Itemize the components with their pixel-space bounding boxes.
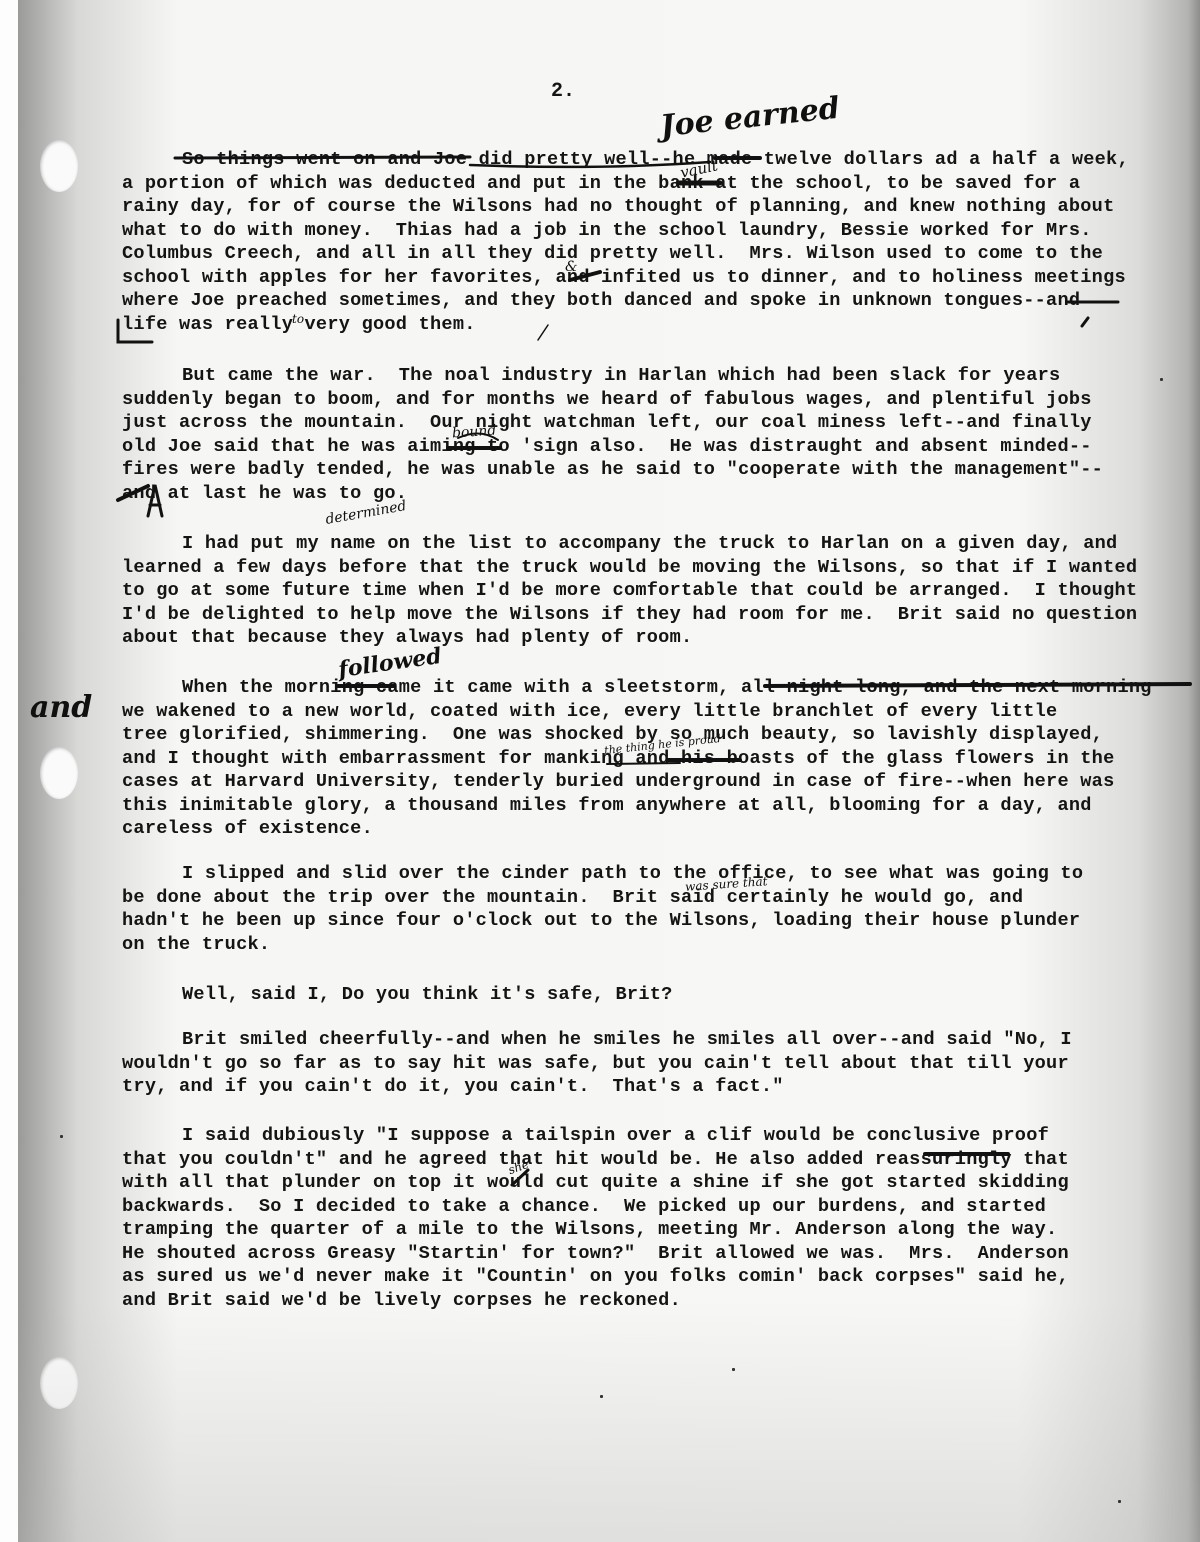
text-line: try, and if you cain't do it, you cain't… [122, 1075, 1192, 1099]
text-line: just across the mountain. Our night watc… [122, 411, 1192, 435]
paragraph-3: I had put my name on the list to accompa… [122, 532, 1192, 650]
text-line: I'd be delighted to help move the Wilson… [122, 603, 1192, 627]
handwritten-bound: bound [451, 422, 496, 441]
paragraph-5: I slipped and slid over the cinder path … [122, 862, 1192, 956]
text-line: a portion of which was deducted and put … [122, 172, 1192, 196]
text-line: Well, said I, Do you think it's safe, Br… [122, 983, 1192, 1007]
text-line: Columbus Creech, and all in all they did… [122, 242, 1192, 266]
paragraph-8: I said dubiously "I suppose a tailspin o… [122, 1124, 1192, 1312]
text-line: life was really very good them. [122, 313, 1192, 337]
text-line: school with apples for her favorites, an… [122, 266, 1192, 290]
text-line: So things went on and Joe did pretty wel… [122, 148, 1192, 172]
text-line: and Brit said we'd be lively corpses he … [122, 1289, 1192, 1313]
text-line: backwards. So I decided to take a chance… [122, 1195, 1192, 1219]
scan-speck [600, 1395, 603, 1398]
text-line: what to do with money. Thias had a job i… [122, 219, 1192, 243]
text-line: we wakened to a new world, coated with i… [122, 700, 1192, 724]
text-line: I had put my name on the list to accompa… [122, 532, 1192, 556]
text-line: hadn't he been up since four o'clock out… [122, 909, 1192, 933]
text-line: rainy day, for of course the Wilsons had… [122, 195, 1192, 219]
handwritten-ampersand: & [565, 259, 577, 275]
paragraph-2: But came the war. The noal industry in H… [122, 364, 1192, 505]
text-line: But came the war. The noal industry in H… [122, 364, 1192, 388]
text-line: tramping the quarter of a mile to the Wi… [122, 1218, 1192, 1242]
text-line: fires were badly tended, he was unable a… [122, 458, 1192, 482]
text-line: I slipped and slid over the cinder path … [122, 862, 1192, 886]
text-line: He shouted across Greasy "Startin' for t… [122, 1242, 1192, 1266]
text-line: learned a few days before that the truck… [122, 556, 1192, 580]
text-line: old Joe said that he was aiming to 'sign… [122, 435, 1192, 459]
scan-speck [1118, 1500, 1121, 1503]
text-line: where Joe preached sometimes, and they b… [122, 289, 1192, 313]
text-line: about that because they always had plent… [122, 626, 1192, 650]
punch-hole-middle [40, 747, 78, 799]
handwritten-and-margin: and [30, 690, 92, 725]
text-line: that you couldn't" and he agreed that hi… [122, 1148, 1192, 1172]
text-line: suddenly began to boom, and for months w… [122, 388, 1192, 412]
scan-speck [60, 1135, 63, 1138]
scan-edge [0, 0, 18, 1542]
text-line: be done about the trip over the mountain… [122, 886, 1192, 910]
text-line: I said dubiously "I suppose a tailspin o… [122, 1124, 1192, 1148]
text-line: this inimitable glory, a thousand miles … [122, 794, 1192, 818]
punch-hole-top [40, 140, 78, 192]
paragraph-6: Well, said I, Do you think it's safe, Br… [122, 983, 1192, 1007]
scan-speck [1160, 378, 1163, 381]
text-line: Brit smiled cheerfully--and when he smil… [122, 1028, 1192, 1052]
page-number: 2. [551, 80, 575, 103]
punch-hole-bottom [40, 1357, 78, 1409]
scan-speck [732, 1368, 735, 1371]
paragraph-7: Brit smiled cheerfully--and when he smil… [122, 1028, 1192, 1099]
text-line: When the morning came it came with a sle… [122, 676, 1192, 700]
text-line: with all that plunder on top it would cu… [122, 1171, 1192, 1195]
paragraph-1: So things went on and Joe did pretty wel… [122, 148, 1192, 336]
text-line: and at last he was to go. [122, 482, 1192, 506]
handwritten-to: to [292, 312, 304, 326]
paragraph-4: When the morning came it came with a sle… [122, 676, 1192, 841]
text-line: on the truck. [122, 933, 1192, 957]
text-line: to go at some future time when I'd be mo… [122, 579, 1192, 603]
text-line: wouldn't go so far as to say hit was saf… [122, 1052, 1192, 1076]
text-line: careless of existence. [122, 817, 1192, 841]
text-line: as sured us we'd never make it "Countin'… [122, 1265, 1192, 1289]
text-line: cases at Harvard University, tenderly bu… [122, 770, 1192, 794]
